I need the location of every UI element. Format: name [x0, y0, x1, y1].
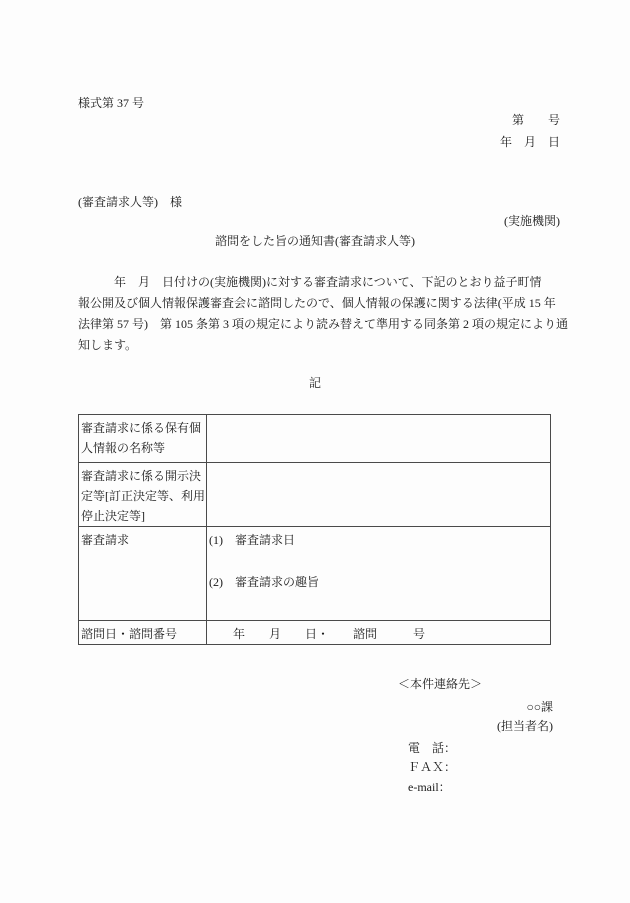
row-label-disclosure-decision: 審査請求に係る開示決定等[訂正決定等、利用停止決定等] [79, 463, 207, 527]
body-line-4: 知します。 [78, 335, 568, 356]
contact-header: ＜本件連絡先＞ [398, 674, 482, 695]
review-request-item-2: (2) 審査請求の趣旨 [209, 572, 549, 592]
document-number-line: 第 号 [512, 110, 560, 131]
review-request-item-1: (1) 審査請求日 [209, 530, 549, 550]
ki-marker: 記 [0, 373, 630, 394]
contact-fax-label: ＦＡＸ： [408, 757, 456, 778]
body-line-3: 法律第 57 号) 第 105 条第 3 項の規定により読み替えて準用する同条第… [78, 314, 568, 335]
table-row-personal-info-name: 審査請求に係る保有個人情報の名称等 [79, 415, 551, 463]
row-label-personal-info-name: 審査請求に係る保有個人情報の名称等 [79, 415, 207, 463]
addressee-line: (審査請求人等) 様 [78, 192, 182, 213]
row-value-personal-info-name [207, 415, 551, 463]
body-line-1: 年 月 日付けの(実施機関)に対する審査請求について、下記のとおり益子町情 [78, 272, 568, 293]
document-title: 諮問をした旨の通知書(審査請求人等) [0, 231, 630, 252]
body-line-2: 報公開及び個人情報保護審査会に諮問したので、個人情報の保護に関する法律(平成 1… [78, 293, 568, 314]
row-value-consultation-date-number: 年 月 日・ 諮問 号 [207, 621, 551, 645]
row-value-review-request: (1) 審査請求日 (2) 審査請求の趣旨 [207, 527, 551, 621]
body-paragraph: 年 月 日付けの(実施機関)に対する審査請求について、下記のとおり益子町情 報公… [78, 272, 568, 356]
row-label-review-request: 審査請求 [79, 527, 207, 621]
table-row-consultation-date-number: 諮問日・諮問番号 年 月 日・ 諮問 号 [79, 621, 551, 645]
row-value-disclosure-decision [207, 463, 551, 527]
issuer-line: (実施機関) [504, 211, 560, 232]
row-label-consultation-date-number: 諮問日・諮問番号 [79, 621, 207, 645]
contact-phone-label: 電 話： [408, 738, 456, 759]
details-table: 審査請求に係る保有個人情報の名称等 審査請求に係る開示決定等[訂正決定等、利用停… [78, 414, 551, 645]
table-row-disclosure-decision: 審査請求に係る開示決定等[訂正決定等、利用停止決定等] [79, 463, 551, 527]
date-line: 年 月 日 [500, 132, 560, 153]
contact-email-label: e-mail： [408, 777, 451, 798]
table-row-review-request: 審査請求 (1) 審査請求日 (2) 審査請求の趣旨 [79, 527, 551, 621]
contact-department: ○○課 [527, 697, 554, 718]
form-number: 様式第 37 号 [78, 93, 144, 114]
document-page: 様式第 37 号 第 号 年 月 日 (審査請求人等) 様 (実施機関) 諮問を… [0, 0, 630, 903]
contact-person: (担当者名) [497, 716, 553, 737]
